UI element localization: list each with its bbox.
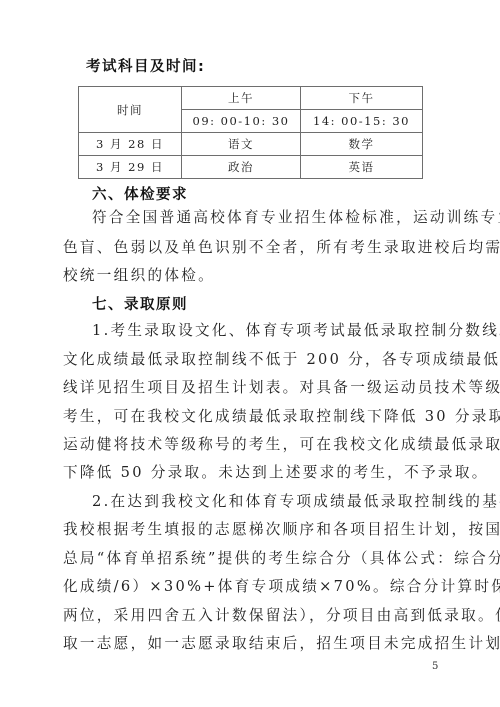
section6-line: 校统一组织的体检。 — [63, 266, 439, 286]
section7-para2-line: 取一志愿，如一志愿录取结束后，招生项目未完成招生计划，再录 — [63, 634, 439, 654]
table-row: 3 月 29 日 政治 英语 — [79, 156, 423, 179]
table-header-row: 时间 上午 下午 — [79, 87, 423, 110]
afternoon-subject-cell: 英语 — [301, 156, 423, 179]
date-cell: 3 月 29 日 — [79, 156, 182, 179]
section7-para1-line: 1.考生录取设文化、体育专项考试最低录取控制分数线。我校 — [92, 321, 439, 341]
page-number: 5 — [432, 661, 438, 672]
section6-line: 色盲、色弱以及单色识别不全者，所有考生录取进校后均需参加我 — [63, 238, 439, 258]
date-cell: 3 月 28 日 — [79, 133, 182, 156]
table-row: 3 月 28 日 语文 数学 — [79, 133, 423, 156]
exam-schedule-table: 时间 上午 下午 09: 00-10: 30 14: 00-15: 30 3 月… — [78, 86, 423, 179]
section6-line: 符合全国普通高校体育专业招生体检标准，运动训练专业不招 — [92, 208, 439, 228]
section7-para1-line: 运动健将技术等级称号的考生，可在我校文化成绩最低录取控制线 — [63, 435, 439, 455]
afternoon-time-cell: 14: 00-15: 30 — [301, 110, 423, 133]
header-morning-cell: 上午 — [182, 87, 301, 110]
header-afternoon-cell: 下午 — [301, 87, 423, 110]
morning-subject-cell: 政治 — [182, 156, 301, 179]
section7-para1-line: 线详见招生项目及招生计划表。对具备一级运动员技术等级称号的 — [63, 378, 439, 398]
section7-para1-line: 文化成绩最低录取控制线不低于 200 分，各专项成绩最低录取控制 — [63, 350, 439, 370]
section7-para2-line: 总局“体育单招系统”提供的考生综合分（具体公式：综合分=（文 — [63, 549, 439, 569]
afternoon-subject-cell: 数学 — [301, 133, 423, 156]
section7-para2-line: 2.在达到我校文化和体育专项成绩最低录取控制线的基础上， — [92, 492, 439, 512]
morning-time-cell: 09: 00-10: 30 — [182, 110, 301, 133]
header-time-cell: 时间 — [79, 87, 182, 133]
section7-para1-line: 考生，可在我校文化成绩最低录取控制线下降低 30 分录取；对具备 — [63, 407, 439, 427]
morning-subject-cell: 语文 — [182, 133, 301, 156]
section7-para2-line: 化成绩/6）×30%+体育专项成绩×70%。综合分计算时保留小数点后 — [63, 577, 439, 597]
exam-schedule-title: 考试科目及时间: — [86, 55, 205, 76]
section7-para2-line: 两位，采用四舍五入计数保留法），分项目由高到低录取。优先录 — [63, 606, 439, 626]
section7-para1-line: 下降低 50 分录取。未达到上述要求的考生，不予录取。 — [63, 463, 439, 483]
section7-heading: 七、录取原则 — [92, 293, 188, 314]
section6-heading: 六、体检要求 — [92, 183, 188, 204]
section7-para2-line: 我校根据考生填报的志愿梯次顺序和各项目招生计划，按国家体育 — [63, 520, 439, 540]
